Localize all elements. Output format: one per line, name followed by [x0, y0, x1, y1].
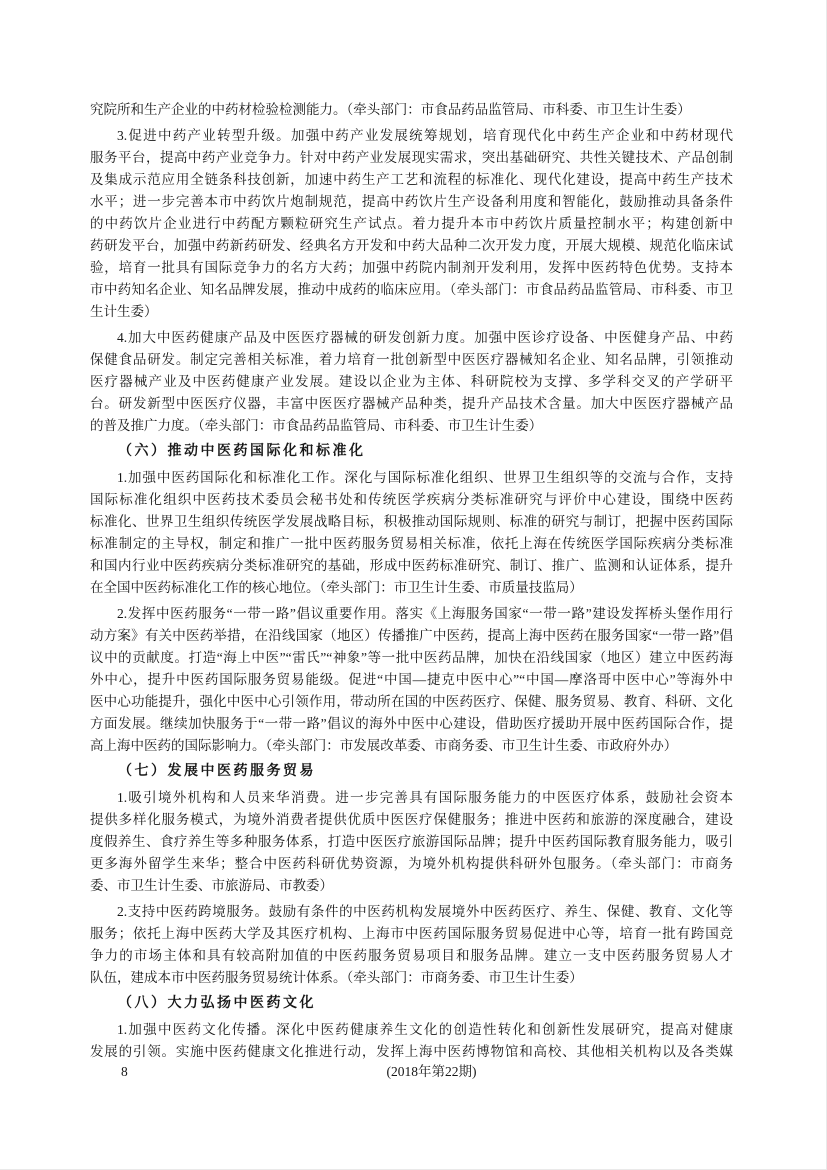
document-body: 究院所和生产企业的中药材检验检测能力。（牵头部门：市食品药品监管局、市科委、市卫… [90, 99, 733, 1063]
text-line: 台。研发新型中医医疗仪器，丰富中医医疗器械产品种类，提升产品技术含量。加大中医医… [90, 393, 733, 415]
text-line: 市中药知名企业、知名品牌发展，推动中成药的临床应用。（牵头部门：市食品药品监管局… [90, 279, 733, 301]
text-line: 水平；进一步完善本市中药饮片炮制规范，提高中药饮片生产设备利用度和智能化，鼓励推… [90, 191, 733, 213]
text-line: 委、市卫生计生委、市旅游局、市教委） [90, 875, 733, 897]
text-line: 标准化、世界卫生组织传统医学发展战略目标，积极推动国际规则、标准的研究与制订，把… [90, 511, 733, 533]
document-page: 究院所和生产企业的中药材检验检测能力。（牵头部门：市食品药品监管局、市科委、市卫… [0, 0, 827, 1170]
text-line: （六）推动中医药国际化和标准化 [90, 441, 733, 463]
text-line: 1.吸引境外机构和人员来华消费。进一步完善具有国际服务能力的中医医疗体系，鼓励社… [90, 787, 733, 809]
text-line: 药研发平台，加强中药新药研发、经典名方开发和中药大品种二次开发力度，开展大规模、… [90, 235, 733, 257]
text-line: 提供多样化服务模式，为境外消费者提供优质中医医疗保健服务；推进中医药和旅游的深度… [90, 809, 733, 831]
text-line: 高上海中医药的国际影响力。（牵头部门：市发展改革委、市商务委、市卫生计生委、市政… [90, 735, 733, 757]
text-line: 服务平台，提高中药产业竞争力。针对中药产业发展现实需求，突出基础研究、共性关键技… [90, 147, 733, 169]
paragraph: 2.支持中医药跨境服务。鼓励有条件的中医药机构发展境外中医药医疗、养生、保健、教… [90, 901, 733, 989]
paragraph: 3.促进中药产业转型升级。加强中药产业发展统筹规划，培育现代化中药生产企业和中药… [90, 125, 733, 323]
text-line: 国际标准化组织中医药技术委员会秘书处和传统医学疾病分类标准研究与评价中心建设，围… [90, 489, 733, 511]
issue-label: (2018年第22期) [90, 1061, 733, 1083]
text-line: 2.支持中医药跨境服务。鼓励有条件的中医药机构发展境外中医药医疗、养生、保健、教… [90, 901, 733, 923]
text-line: 更多海外留学生来华；整合中医药科研优势资源，为境外机构提供科研外包服务。（牵头部… [90, 853, 733, 875]
text-line: 议中的贡献度。打造“海上中医”“雷氏”“神象”等一批中医药品牌，加快在沿线国家（… [90, 647, 733, 669]
text-line: 队伍，建成本市中医药服务贸易统计体系。（牵头部门：市商务委、市卫生计生委） [90, 967, 733, 989]
text-line: 4.加大中医药健康产品及中医医疗器械的研发创新力度。加强中医诊疗设备、中医健身产… [90, 327, 733, 349]
text-line: （七）发展中医药服务贸易 [90, 761, 733, 783]
paragraph: 4.加大中医药健康产品及中医医疗器械的研发创新力度。加强中医诊疗设备、中医健身产… [90, 327, 733, 437]
text-line: 生计生委） [90, 301, 733, 323]
text-line: 争力的市场主体和具有较高附加值的中医药服务贸易项目和服务品牌。建立一支中医药服务… [90, 945, 733, 967]
paragraph: 究院所和生产企业的中药材检验检测能力。（牵头部门：市食品药品监管局、市科委、市卫… [90, 99, 733, 121]
text-line: （八）大力弘扬中医药文化 [90, 993, 733, 1015]
text-line: 保健食品研发。制定完善相关标准，着力培育一批创新型中医医疗器械知名企业、知名品牌… [90, 349, 733, 371]
text-line: 的普及推广力度。（牵头部门：市食品药品监管局、市科委、市卫生计生委） [90, 415, 733, 437]
section-heading: （七）发展中医药服务贸易 [90, 761, 733, 783]
text-line: 1.加强中医药国际化和标准化工作。深化与国际标准化组织、世界卫生组织等的交流与合… [90, 467, 733, 489]
text-line: 在全国中医药标准化工作的核心地位。（牵头部门：市卫生计生委、市质量技监局） [90, 577, 733, 599]
text-line: 外中心，提升中医药国际服务贸易能级。促进“中国—捷克中医中心”“中国—摩洛哥中医… [90, 669, 733, 691]
text-line: 的中药饮片企业进行中药配方颗粒研究生产试点。着力提升本市中药饮片质量控制水平；构… [90, 213, 733, 235]
text-line: 服务；依托上海中医药大学及其医疗机构、上海市中医药国际服务贸易促进中心等，培育一… [90, 923, 733, 945]
text-line: 医疗器械产业及中医药健康产业发展。建设以企业为主体、科研院校为支撑、多学科交叉的… [90, 371, 733, 393]
paragraph: 1.加强中医药国际化和标准化工作。深化与国际标准化组织、世界卫生组织等的交流与合… [90, 467, 733, 599]
text-line: 及集成示范应用全链条科技创新，加速中药生产工艺和流程的标准化、现代化建设，提高中… [90, 169, 733, 191]
text-line: 医中心功能提升，强化中医中心引领作用，带动所在国的中医药医疗、保健、服务贸易、教… [90, 691, 733, 713]
text-line: 3.促进中药产业转型升级。加强中药产业发展统筹规划，培育现代化中药生产企业和中药… [90, 125, 733, 147]
footer: 8 (2018年第22期) [90, 1061, 733, 1083]
paragraph: 1.吸引境外机构和人员来华消费。进一步完善具有国际服务能力的中医医疗体系，鼓励社… [90, 787, 733, 897]
text-line: 1.加强中医药文化传播。深化中医药健康养生文化的创造性转化和创新性发展研究，提高… [90, 1019, 733, 1041]
paragraph: 1.加强中医药文化传播。深化中医药健康养生文化的创造性转化和创新性发展研究，提高… [90, 1019, 733, 1063]
section-heading: （六）推动中医药国际化和标准化 [90, 441, 733, 463]
text-line: 究院所和生产企业的中药材检验检测能力。（牵头部门：市食品药品监管局、市科委、市卫… [90, 99, 733, 121]
text-line: 2.发挥中医药服务“一带一路”倡议重要作用。落实《上海服务国家“一带一路”建设发… [90, 603, 733, 625]
section-heading: （八）大力弘扬中医药文化 [90, 993, 733, 1015]
text-line: 和国内行业中医药疾病分类标准研究的基础，形成中医药标准研究、制订、推广、监测和认… [90, 555, 733, 577]
paragraph: 2.发挥中医药服务“一带一路”倡议重要作用。落实《上海服务国家“一带一路”建设发… [90, 603, 733, 757]
text-line: 发展的引领。实施中医药健康文化推进行动，发挥上海中医药博物馆和高校、其他相关机构… [90, 1041, 733, 1063]
text-line: 度假养生、食疗养生等多种服务体系，打造中医医疗旅游国际品牌；提升中医药国际教育服… [90, 831, 733, 853]
text-line: 标准制定的主导权，制定和推广一批中医药服务贸易相关标准，依托上海在传统医学国际疾… [90, 533, 733, 555]
text-line: 动方案》有关中医药举措，在沿线国家（地区）传播推广中医药，提高上海中医药在服务国… [90, 625, 733, 647]
text-line: 方面发展。继续加快服务于“一带一路”倡议的海外中医中心建设，借助医疗援助开展中医… [90, 713, 733, 735]
text-line: 验，培育一批具有国际竞争力的名方大药；加强中药院内制剂开发利用，发挥中医药特色优… [90, 257, 733, 279]
